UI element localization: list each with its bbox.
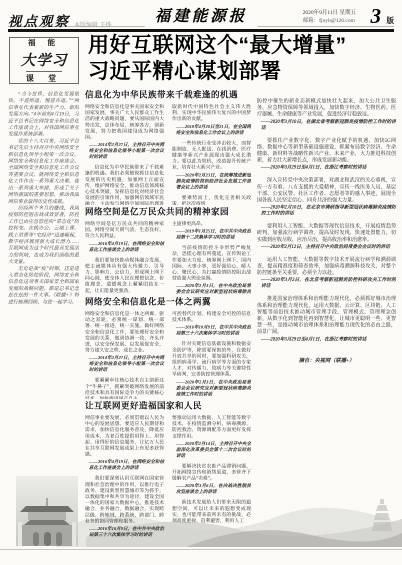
source-credit: 摘自：央视网（联播+） bbox=[257, 356, 396, 364]
date-line: 2020年9月11日 星期五 bbox=[303, 10, 356, 16]
right-column-text: 防控中催生的新业态新模式加快壮大起来，加大公共卫生服务、应急物资保障等领域投入，… bbox=[257, 98, 396, 540]
section-heading: 信息化为中华民族带来千载难逢的机遇 bbox=[85, 90, 251, 100]
badge-line1: 福 能 bbox=[28, 37, 60, 48]
body-paragraph: 取新时代中国特色社会主义伟大胜利、实现中华民族伟大复兴的中国梦作出新的贡献。 bbox=[172, 104, 251, 122]
body-paragraph: 网络空间是亿万民众共同的精神家园。网络空间天朗气清、生态良好，符合人民利益。 bbox=[85, 221, 164, 239]
badge-line2: 大学习 bbox=[21, 49, 68, 70]
main-headline: 用好互联网这个“最大增量” 习近平精心谋划部署 bbox=[88, 33, 347, 85]
quote-attribution: ——2020年3月10日，在湖北省考察新冠肺炎疫情防控工作时的讲话 bbox=[257, 119, 396, 131]
paper-name: 福建能源报 bbox=[145, 7, 258, 27]
sections-root: 信息化为中华民族带来千载难逢的机遇网络安全和信息化是事关国家安全和国家发展、事关… bbox=[85, 90, 252, 543]
quote-attribution: ——2014年2月27日，主持召开中央网络安全和信息化领导小组第一次会议时的讲话 bbox=[85, 355, 164, 373]
intro-paragraph: 历经两个多月的鏖战，我国疫情防控阻击战成效显著，防控工作已由应急管控向“常态化”… bbox=[8, 205, 79, 265]
intro-paragraph: 无论是战“疫”时期，还是进入常态化防控阶段，网络安全和信息化这项事关国家安全和国… bbox=[8, 265, 79, 305]
section-heading: 网络安全和信息化是一体之两翼 bbox=[85, 297, 251, 307]
body-paragraph: 网信事业要发展，必须贯彻以人民为中心的发展思想。要适应人民期待和需求，加快信息化… bbox=[85, 415, 164, 458]
quote-attribution: ——2019年1月25日，在中共中央政治局第十二次集体学习时的讲话 bbox=[172, 228, 251, 240]
body-paragraph: 要紧紧牵住核心技术自主创新这个“牛鼻子”，抓紧突破网络发展的前沿技术和具有国际竞… bbox=[85, 378, 164, 399]
body-paragraph: 要抓住产业数字化、数字产业化赋予的机遇，加快5G网络、数据中心等新型基础设施建设… bbox=[257, 137, 396, 163]
body-paragraph: 要解决扶贫农畜产品滞销问题，开拓网络宣传和销售渠道，多管齐下缓解农产品“卖难”。 bbox=[172, 463, 251, 481]
section-name: 视点观察 bbox=[8, 10, 70, 30]
quote-attribution: ——2020年3月29日至4月1日，在浙江考察时的讲话 bbox=[257, 165, 396, 171]
section-column-1: 网络安全和信息化是事关国家安全和国家发展、事关广大人民群众工作生活的重大战略问题… bbox=[85, 104, 164, 205]
body-paragraph: 针对关键信息基础设施和数据安全防护等，除需要保密的外，在做好开放共享的同时，要加… bbox=[172, 341, 251, 378]
body-paragraph: 主旋律更高昂。 bbox=[172, 221, 251, 227]
intro-paragraph: 党的十八大以来，习近平总书记先后主持召开中央网络安全和信息化领导小组第一次会议、… bbox=[8, 138, 79, 205]
section-column-1: 网信事业要发展，必须贯彻以人民为中心的发展思想。要适应人民期待和需求，加快信息化… bbox=[85, 415, 164, 538]
section-columns: 网络安全和信息化是一体之两翼、驱动之双轮，必须统一谋划、统一部署、统一推进、统一… bbox=[85, 311, 251, 399]
section-columns: 网络安全和信息化是事关国家安全和国家发展、事关广大人民群众工作生活的重大战略问题… bbox=[85, 104, 251, 205]
quote-attribution: ——2016年10月9日，在中共中央政治局第三十六次集体学习时的讲话 bbox=[172, 324, 251, 336]
body-paragraph: 当前疫情防控斗争形势严峻复杂，恐慌心理有所蔓延，宣传舆论工作要加大力度，统筹网上… bbox=[172, 245, 251, 282]
body-paragraph: 信息化为中华民族带来了千载难逢的机遇。我们必须敏锐抓住信息化发展的历史机遇，加强… bbox=[85, 165, 164, 205]
quote-attribution: ——2020年2月3日，在中央政治局常委会会议研究应对新型冠状病毒肺炎疫情工作时… bbox=[172, 379, 251, 397]
body-paragraph: 防控中催生的新业态新模式加快壮大起来，加大公共卫生服务、应急物资保障等领域投入，… bbox=[257, 98, 396, 118]
quote-attribution: ——2014年2月27日，主持召开中央网络安全和信息化领导小组第一次会议时的讲话 bbox=[85, 142, 164, 160]
section-column-2: 主旋律更高昂。——2019年1月25日，在中共中央政治局第十二次集体学习时的讲话… bbox=[172, 221, 251, 295]
quote-attribution: ——2018年4月20日至21日，在全国网络安全和信息化工作会议上的讲话 bbox=[172, 123, 251, 135]
newspaper-page: 视点观察 本版编辑 王烨 福建能源报 2020年9月11日 星期五 邮箱：fjn… bbox=[0, 0, 402, 565]
body-paragraph: 我们要加快推动媒体融合发展，使主流媒体具有强大传播力、引导力、影响力、公信力，形… bbox=[85, 257, 164, 294]
quote-attribution: ——2020年3月2日，在北京考察新冠肺炎防控科研攻关工作时的讲话 bbox=[257, 277, 396, 289]
article-section-4: 让互联网更好造福国家和人民网信事业要发展，必须贯彻以人民为中心的发展思想。要适应… bbox=[85, 401, 251, 538]
body-paragraph: 网络安全和信息化是事关国家安全和国家发展、事关广大人民群众工作生活的重大战略问题… bbox=[85, 104, 164, 141]
body-paragraph: 新技术发展给人们带来无限的遐想空间，可以让未来的遐想变成现实，也可能带来前所未有… bbox=[172, 500, 251, 524]
body-paragraph: 要利用人工智能、大数据等现代信息技术，开展疫情趋势研判，加强流行病学调查，提高及… bbox=[257, 223, 396, 243]
article-section-3: 网络安全和信息化是一体之两翼网络安全和信息化是一体之两翼、驱动之双轮，必须统一谋… bbox=[85, 297, 251, 399]
quote-attribution: ——2016年4月19日，在网络安全和信息化工作座谈会上的讲话 bbox=[85, 240, 164, 252]
body-paragraph: 要乘势而上，优化完善相关政策，把这次疫情 bbox=[172, 195, 251, 205]
body-paragraph: 可控替代计划，构建安全可控的信息技术体系。 bbox=[172, 311, 251, 323]
article-section-2: 网络空间是亿万民众共同的精神家园网络空间是亿万民众共同的精神家园。网络空间天朗气… bbox=[85, 207, 251, 295]
quote-attribution: ——2016年4月19日，在网络安全和信息化工作座谈会上的讲话 bbox=[85, 459, 164, 471]
quote-attribution: ——2020年2月10日，在北京市调研指导新型冠状病毒肺炎疫情防控工作时的讲话 bbox=[257, 205, 396, 217]
intro-paragraph: “当今世界，信息化发展很快，不进则退，慢进亦退。”“网信事业代表着新的生产力、新… bbox=[8, 91, 79, 138]
tiananmen-photo bbox=[16, 476, 78, 546]
masthead-meta: 2020年9月11日 星期五 邮箱：fjnyb@126.com bbox=[303, 10, 356, 25]
body-paragraph: 推进国家治理体系和治理能力现代化，必须抓好城市治理体系和治理能力现代化。运用大数… bbox=[257, 296, 396, 336]
quote-attribution: ——2020年2月3日，在中央政治局常委会会议研究应对新型冠状病毒肺炎疫情工作时… bbox=[172, 283, 251, 295]
body-paragraph: 深入宣传党中央决策部署，对湖北和武汉的关心重视，宣传一方有难、八方支援的大爱精神… bbox=[257, 177, 396, 203]
study-column-badge: 福 能 大学习 课 堂 bbox=[9, 37, 79, 84]
page-label: 版 bbox=[387, 15, 395, 26]
body-paragraph: 运用人工智能、大数据等数字技术开展流行病学和溯源调查，提高精准度和筛查效率，加强… bbox=[257, 256, 396, 276]
article-section-1: 信息化为中华民族带来千载难逢的机遇网络安全和信息化是事关国家安全和国家发展、事关… bbox=[85, 90, 251, 205]
body-paragraph: 要推动运用大数据、人工智能等数字技术，在疫情监测分析、病毒溯源、防控救治、资源调… bbox=[172, 415, 251, 439]
quote-attribution: ——2020年3月29日至4月1日，在浙江考察时的讲话 bbox=[257, 336, 396, 342]
body-paragraph: 网络安全和信息化是一体之两翼、驱动之双轮，必须统一谋划、统一部署、统一推进、统一… bbox=[85, 311, 164, 354]
headline-line1: 用好互联网这个“最大增量” bbox=[88, 34, 347, 57]
editor-note: 本版编辑 王烨 bbox=[74, 20, 112, 29]
quote-attribution: ——2016年10月9日，在中共中央政治局第三十六次集体学习时的讲话 bbox=[85, 526, 164, 538]
headline-line2: 习近平精心谋划部署 bbox=[88, 60, 282, 83]
page-bottom-rule bbox=[0, 549, 402, 550]
quote-attribution: ——2020年2月14日，主持召开中央全面深化改革委员会第十二次会议时的讲话 bbox=[172, 440, 251, 458]
section-column-2: 取新时代中国特色社会主义伟大胜利、实现中华民族伟大复兴的中国梦作出新的贡献。——… bbox=[172, 104, 251, 205]
body-paragraph: 一些传统行业受冲击较大，而智能制造、无人配送、在线消费、医疗健康等新兴产业展现出… bbox=[172, 140, 251, 171]
quote-attribution: ——2020年2月12日，主持召开中央政治局常委会会议时的讲话 bbox=[257, 244, 396, 250]
section-heading: 让互联网更好造福国家和人民 bbox=[85, 401, 251, 411]
body-paragraph: 我们要深刻认识互联网在国家管理和社会治理中的作用，以推行电子政务、建设新型智慧城… bbox=[85, 476, 164, 525]
quote-attribution: ——2020年3月6日，在决战决胜脱贫攻坚座谈会上的讲话 bbox=[172, 483, 251, 495]
badge-line3: 课 堂 bbox=[26, 71, 62, 84]
section-heading: 网络空间是亿万民众共同的精神家园 bbox=[85, 207, 251, 217]
section-columns: 网络空间是亿万民众共同的精神家园。网络空间天朗气清、生态良好，符合人民利益。——… bbox=[85, 221, 251, 295]
section-column-2: 可控替代计划，构建安全可控的信息技术体系。——2016年10月9日，在中共中央政… bbox=[172, 311, 251, 399]
email-line: 邮箱：fjnyb@126.com bbox=[303, 18, 355, 24]
quote-attribution: ——2020年2月23日，在统筹推进新冠肺炎疫情防控和经济社会发展工作部署会议上… bbox=[172, 172, 251, 190]
page-number: 3 bbox=[371, 4, 382, 29]
section-column-2: 要推动运用大数据、人工智能等数字技术，在疫情监测分析、病毒溯源、防控救治、资源调… bbox=[172, 415, 251, 538]
intro-column-text: “当今世界，信息化发展很快，不进则退，慢进亦退。”“网信事业代表着新的生产力、新… bbox=[8, 91, 79, 485]
section-column-1: 网络安全和信息化是一体之两翼、驱动之双轮，必须统一谋划、统一部署、统一推进、统一… bbox=[85, 311, 164, 399]
section-column-1: 网络空间是亿万民众共同的精神家园。网络空间天朗气清、生态良好，符合人民利益。——… bbox=[85, 221, 164, 295]
section-columns: 网信事业要发展，必须贯彻以人民为中心的发展思想。要适应人民期待和需求，加快信息化… bbox=[85, 415, 251, 538]
